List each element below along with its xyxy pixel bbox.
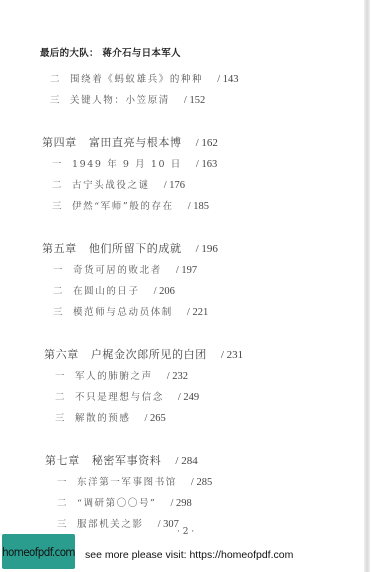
section-number: 三 bbox=[52, 198, 72, 212]
section-number: 三 bbox=[57, 516, 77, 530]
page-gutter-shadow bbox=[364, 0, 370, 572]
toc-entry[interactable]: 三解散的预感/ 265 bbox=[55, 410, 166, 424]
section-title: 服部机关之影 bbox=[77, 519, 144, 530]
chapter-title: 户梶金次郎所见的白团 bbox=[91, 348, 207, 361]
section-number: 三 bbox=[50, 92, 70, 106]
section-title: 在圆山的日子 bbox=[73, 286, 140, 297]
page-number: / 285 bbox=[191, 477, 212, 488]
toc-entry[interactable]: 二不只是理想与信念/ 249 bbox=[55, 389, 199, 403]
toc-chapter[interactable]: 第六章户梶金次郎所见的白团/ 231 bbox=[44, 346, 243, 362]
page-number: / 298 bbox=[171, 498, 192, 509]
toc-entry[interactable]: 一东洋第一军事图书馆/ 285 bbox=[57, 474, 212, 488]
running-head: 最后的大队： 蒋介石与日本军人 bbox=[40, 45, 181, 59]
watermark-logo[interactable]: homeofpdf.com bbox=[2, 534, 75, 569]
page-number: / 163 bbox=[196, 159, 217, 170]
chapter-title: 富田直亮与根本博 bbox=[89, 136, 182, 149]
page-number: / 206 bbox=[154, 286, 175, 297]
page-number: / 162 bbox=[196, 137, 218, 149]
section-number: 二 bbox=[57, 495, 77, 509]
page-number: / 231 bbox=[221, 349, 243, 361]
toc-chapter[interactable]: 第四章富田直亮与根本博/ 162 bbox=[42, 134, 218, 150]
section-title: 伊然“军师”般的存在 bbox=[72, 201, 174, 212]
section-number: 三 bbox=[53, 304, 73, 318]
section-title: 关键人物：小笠原清 bbox=[70, 95, 170, 106]
page-number: / 197 bbox=[176, 265, 197, 276]
section-title: 古宁头战役之谜 bbox=[72, 180, 150, 191]
section-number: 二 bbox=[52, 177, 72, 191]
toc-entry[interactable]: 二在圆山的日子/ 206 bbox=[53, 283, 175, 297]
page-number: / 185 bbox=[188, 201, 209, 212]
page-number: / 249 bbox=[178, 392, 199, 403]
section-title: 军人的肺腑之声 bbox=[75, 371, 153, 382]
page-number: / 307 bbox=[158, 519, 179, 530]
toc-chapter[interactable]: 第五章他们所留下的成就/ 196 bbox=[42, 240, 218, 256]
page-number: / 196 bbox=[196, 243, 218, 255]
toc-entry[interactable]: 三关键人物：小笠原清/ 152 bbox=[50, 92, 205, 106]
page-number: / 284 bbox=[175, 455, 197, 467]
section-number: 一 bbox=[55, 368, 75, 382]
section-number: 三 bbox=[55, 410, 75, 424]
toc-entry[interactable]: 一军人的肺腑之声/ 232 bbox=[55, 368, 188, 382]
chapter-title: 秘密军事资料 bbox=[92, 454, 162, 467]
toc-entry[interactable]: 一奇货可居的败北者/ 197 bbox=[53, 262, 197, 276]
section-title: 模范师与总动员体制 bbox=[73, 307, 173, 318]
page-number: / 143 bbox=[217, 74, 238, 85]
chapter-label: 第五章 bbox=[42, 242, 77, 255]
toc-entry[interactable]: 三伊然“军师”般的存在/ 185 bbox=[52, 198, 209, 212]
section-number: 二 bbox=[53, 283, 73, 297]
page-number: / 265 bbox=[145, 413, 166, 424]
page-number: / 232 bbox=[167, 371, 188, 382]
section-number: 一 bbox=[57, 474, 77, 488]
chapter-label: 第六章 bbox=[44, 348, 79, 361]
toc-entry[interactable]: 二围绕着《蚂蚁雄兵》的种种/ 143 bbox=[50, 71, 239, 85]
section-title: 东洋第一军事图书馆 bbox=[77, 477, 177, 488]
section-number: 一 bbox=[52, 156, 72, 170]
toc-entry[interactable]: 二“调研第〇〇号”/ 298 bbox=[57, 495, 192, 509]
section-number: 一 bbox=[53, 262, 73, 276]
page-number: / 176 bbox=[164, 180, 185, 191]
section-title: 解散的预感 bbox=[75, 413, 131, 424]
watermark-logo-text: homeofpdf.com bbox=[2, 545, 75, 559]
watermark-visit-link[interactable]: see more please visit: https://homeofpdf… bbox=[85, 549, 293, 561]
section-title: 不只是理想与信念 bbox=[75, 392, 164, 403]
toc-entry[interactable]: 一1949 年 9 月 10 日/ 163 bbox=[52, 156, 217, 170]
section-title: 1949 年 9 月 10 日 bbox=[72, 159, 182, 170]
section-number: 二 bbox=[55, 389, 75, 403]
toc-entry[interactable]: 三服部机关之影/ 307 bbox=[57, 516, 179, 530]
chapter-title: 他们所留下的成就 bbox=[89, 242, 182, 255]
toc-chapter[interactable]: 第七章秘密军事资料/ 284 bbox=[45, 452, 198, 468]
toc-entry[interactable]: 三模范师与总动员体制/ 221 bbox=[53, 304, 208, 318]
section-number: 二 bbox=[50, 71, 70, 85]
section-title: 奇货可居的败北者 bbox=[73, 265, 162, 276]
toc-entry[interactable]: 二古宁头战役之谜/ 176 bbox=[52, 177, 185, 191]
section-title: “调研第〇〇号” bbox=[77, 498, 157, 509]
page-folio: · 2 · bbox=[177, 527, 194, 537]
chapter-label: 第七章 bbox=[45, 454, 80, 467]
chapter-label: 第四章 bbox=[42, 136, 77, 149]
page-number: / 152 bbox=[184, 95, 205, 106]
page-number: / 221 bbox=[187, 307, 208, 318]
section-title: 围绕着《蚂蚁雄兵》的种种 bbox=[70, 74, 203, 85]
